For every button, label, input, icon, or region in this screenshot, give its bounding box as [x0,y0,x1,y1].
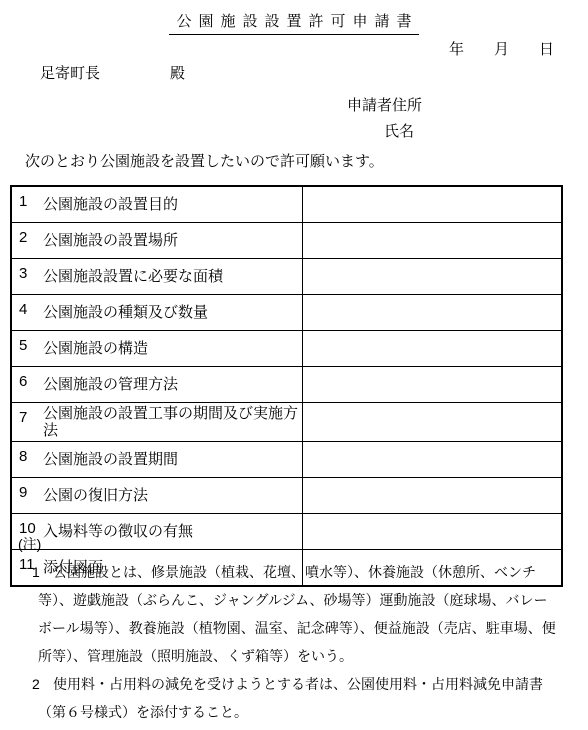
date-line: 年月日 [449,38,554,59]
row-label: 公園の復旧方法 [43,478,302,514]
table-row: 1公園施設の設置目的 [11,186,562,223]
row-value-cell [302,223,562,259]
date-month-label: 月 [494,41,509,58]
table-row: 2公園施設の設置場所 [11,223,562,259]
applicant-name-label: 氏名 [384,120,414,141]
row-value-cell [302,442,562,478]
note-line: ボール場等）、教養施設（植物園、温室、記念碑等）、便益施設（売店、駐車場、便 [10,614,582,642]
notes-heading: (注) [10,530,582,558]
row-label: 公園施設の構造 [43,331,302,367]
table-row: 9公園の復旧方法 [11,478,562,514]
row-label: 公園施設の管理方法 [43,367,302,403]
applicant-address-label: 申請者住所 [347,94,422,115]
note-line: 所等）、管理施設（照明施設、くず箱等）をいう。 [10,642,582,670]
application-items-table: 1公園施設の設置目的2公園施設の設置場所3公園施設設置に必要な面積4公園施設の種… [10,185,563,587]
addressee-line: 足寄町長殿 [40,62,185,83]
row-value-cell [302,259,562,295]
row-value-cell [302,478,562,514]
row-label: 公園施設の種類及び数量 [43,295,302,331]
table-row: 6公園施設の管理方法 [11,367,562,403]
form-table-body: 1公園施設の設置目的2公園施設の設置場所3公園施設設置に必要な面積4公園施設の種… [11,186,562,586]
note-number: 1 [32,558,53,586]
table-row: 3公園施設設置に必要な面積 [11,259,562,295]
form-title: 公園施設設置許可申請書 [169,10,418,35]
table-row: 8公園施設の設置期間 [11,442,562,478]
row-number: 1 [11,186,43,223]
row-number: 7 [11,403,43,442]
note-text: 公園施設とは、修景施設（植栽、花壇、噴水等）、休養施設（休憩所、ベンチ [53,564,536,580]
addressee-name: 足寄町長 [40,65,100,82]
note-line: 等）、遊戯施設（ぶらんこ、ジャングルジム、砂場等）運動施設（庭球場、バレー [10,586,582,614]
row-value-cell [302,186,562,223]
title-row: 公園施設設置許可申請書 [0,10,588,35]
note-text: 使用料・占用料の減免を受けようとする者は、公園使用料・占用料減免申請書 [53,676,543,692]
row-number: 3 [11,259,43,295]
note-line: 2使用料・占用料の減免を受けようとする者は、公園使用料・占用料減免申請書 [10,670,582,698]
row-number: 2 [11,223,43,259]
row-value-cell [302,403,562,442]
note-line: 1公園施設とは、修景施設（植栽、花壇、噴水等）、休養施設（休憩所、ベンチ [10,558,582,586]
row-value-cell [302,295,562,331]
date-year-label: 年 [449,41,464,58]
addressee-honorific: 殿 [170,65,185,82]
row-number: 5 [11,331,43,367]
note-number: 2 [32,670,53,698]
row-label: 公園施設の設置場所 [43,223,302,259]
row-number: 6 [11,367,43,403]
intro-sentence: 次のとおり公園施設を設置したいので許可願います。 [25,150,384,171]
row-label: 公園施設の設置目的 [43,186,302,223]
row-value-cell [302,331,562,367]
application-form-page: 公園施設設置許可申請書 年月日 足寄町長殿 申請者住所 氏名 次のとおり公園施設… [0,0,588,730]
row-label: 公園施設設置に必要な面積 [43,259,302,295]
row-number: 8 [11,442,43,478]
notes-section: (注) 1公園施設とは、修景施設（植栽、花壇、噴水等）、休養施設（休憩所、ベンチ… [10,530,582,726]
date-day-label: 日 [539,41,554,58]
table-row: 5公園施設の構造 [11,331,562,367]
row-number: 4 [11,295,43,331]
row-value-cell [302,367,562,403]
table-row: 7公園施設の設置工事の期間及び実施方法 [11,403,562,442]
row-label: 公園施設の設置期間 [43,442,302,478]
note-line: （第６号様式）を添付すること。 [10,698,582,726]
row-label: 公園施設の設置工事の期間及び実施方法 [43,403,302,442]
table-row: 4公園施設の種類及び数量 [11,295,562,331]
row-number: 9 [11,478,43,514]
